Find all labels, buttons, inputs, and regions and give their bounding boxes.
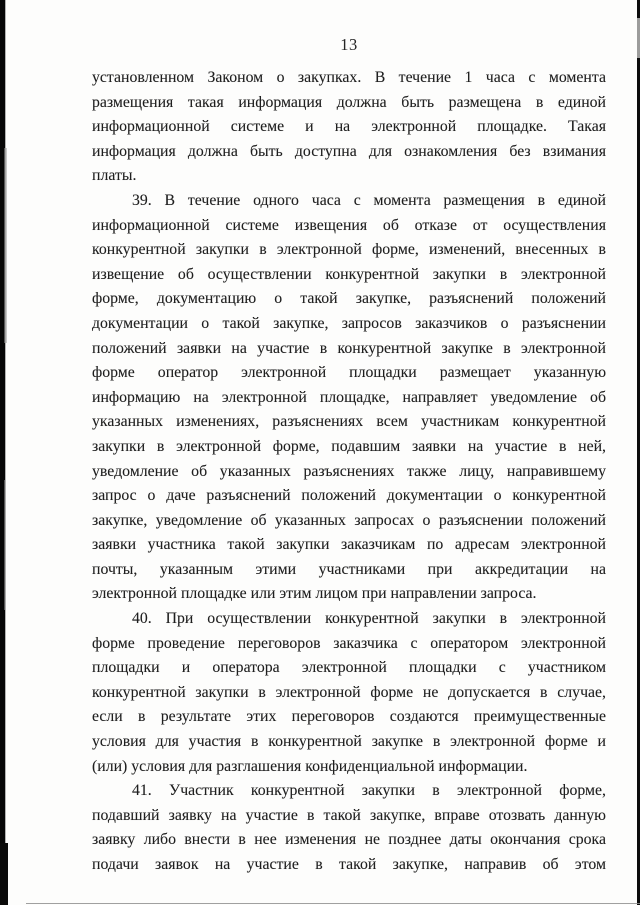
text-line: информационной системе и на электронной … [92,115,606,140]
text-line: информация должна быть доступна для озна… [92,140,606,165]
paragraph: 41. Участник конкурентной закупки в элек… [92,779,606,877]
text-line: документации о такой закупке, запросов з… [92,312,606,337]
text-line: размещения такая информация должна быть … [92,91,606,116]
text-line: закупки в электронной форме, подавшим за… [92,435,606,460]
text-line: (или) условия для разглашения конфиденци… [92,755,606,780]
text-line: заявки участника такой закупки заказчика… [92,533,606,558]
text-line: если в результате этих переговоров созда… [92,705,606,730]
text-line: площадки и оператора электронной площадк… [92,656,606,681]
scan-left-edge-artifact [0,0,5,905]
text-line: информационной системе извещения об отка… [92,214,606,239]
text-line: заявку либо внести в нее изменения не по… [92,828,606,853]
text-line: форме, документацию о такой закупке, раз… [92,287,606,312]
text-line: форме оператор электронной площадки разм… [92,361,606,386]
text-line: запрос о даче разъяснений положений доку… [92,484,606,509]
scan-bottom-edge-artifact [26,903,640,904]
scan-left-bottom-smudge [0,843,8,905]
text-line: конкурентной закупки в электронной форме… [92,238,606,263]
text-line: 40. При осуществлении конкурентной закуп… [92,607,606,632]
text-line: подачи заявок на участие в такой закупке… [92,853,606,878]
paragraph: 40. При осуществлении конкурентной закуп… [92,607,606,779]
scan-smudge-artifact [4,480,6,610]
text-line: подавший заявку на участие в такой закуп… [92,804,606,829]
page-number: 13 [92,35,606,55]
document-text: установленном Законом о закупках. В тече… [92,66,606,878]
paragraph: 39. В течение одного часа с момента разм… [92,189,606,607]
scan-smudge-artifact [4,148,7,343]
paragraph: установленном Законом о закупках. В тече… [92,66,606,189]
text-line: закупке, уведомление об указанных запрос… [92,509,606,534]
text-line: электронной площадке или этим лицом при … [92,582,606,607]
text-line: информацию на электронной площадке, напр… [92,386,606,411]
scanned-document-page: 13 установленном Законом о закупках. В т… [0,0,640,905]
text-line: конкурентной закупки в электронной форме… [92,681,606,706]
text-line: 41. Участник конкурентной закупки в элек… [92,779,606,804]
text-line: платы. [92,164,606,189]
text-line: извещение об осуществлении конкурентной … [92,263,606,288]
text-line: почты, указанным этими участниками при а… [92,558,606,583]
text-line: положений заявки на участие в конкурентн… [92,337,606,362]
text-line: форме проведение переговоров заказчика с… [92,632,606,657]
text-line: 39. В течение одного часа с момента разм… [92,189,606,214]
text-line: установленном Законом о закупках. В тече… [92,66,606,91]
text-line: указанных изменениях, разъяснениях всем … [92,410,606,435]
text-line: условия для участия в конкурентной закуп… [92,730,606,755]
text-line: уведомление об указанных разъяснениях та… [92,460,606,485]
